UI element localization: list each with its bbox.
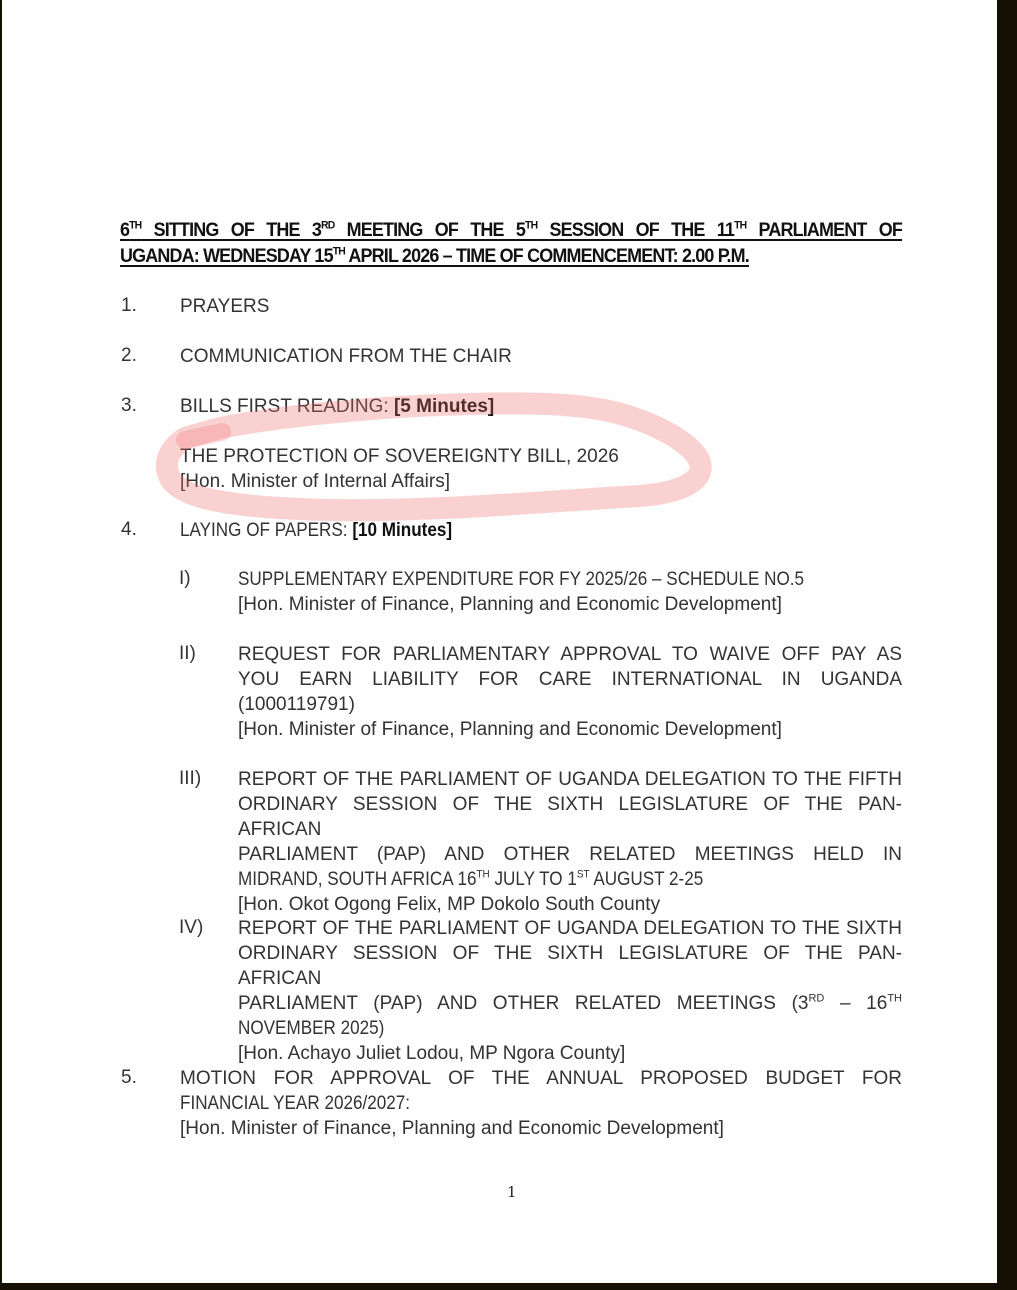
paper-text: REPORT OF THE PARLIAMENT OF UGANDA DELEG… <box>238 767 902 917</box>
paper-line: ORDINARY SESSION OF THE SIXTH LEGISLATUR… <box>238 792 902 842</box>
item-number: 1. <box>121 295 137 317</box>
paper-line: ORDINARY SESSION OF THE SIXTH LEGISLATUR… <box>238 941 902 991</box>
paper-sponsor: [Hon. Minister of Finance, Planning and … <box>238 717 902 742</box>
paper-line: MIDRAND, SOUTH AFRICA 16TH JULY TO 1ST A… <box>238 867 703 892</box>
heading-line-2: UGANDA: WEDNESDAY 15TH APRIL 2026 – TIME… <box>120 243 841 269</box>
paper-line: SUPPLEMENTARY EXPENDITURE FOR FY 2025/26… <box>238 567 804 592</box>
paper-line: NOVEMBER 2025) <box>238 1016 384 1041</box>
item-duration: [10 Minutes] <box>352 520 452 541</box>
item-number: 5. <box>121 1067 137 1089</box>
document-page: 6TH SITTING OF THE 3RD MEETING OF THE 5T… <box>2 0 997 1283</box>
sitting-heading: 6TH SITTING OF THE 3RD MEETING OF THE 5T… <box>120 217 841 269</box>
item-label: LAYING OF PAPERS: <box>180 520 348 541</box>
paper-sponsor: [Hon. Okot Ogong Felix, MP Dokolo South … <box>238 892 902 917</box>
paper-line: PARLIAMENT (PAP) AND OTHER RELATED MEETI… <box>238 991 902 1016</box>
bill-sponsor: [Hon. Minister of Internal Affairs] <box>180 469 619 494</box>
item-line: FINANCIAL YEAR 2026/2027: <box>180 1091 410 1116</box>
paper-text: REQUEST FOR PARLIAMENTARY APPROVAL TO WA… <box>238 642 902 742</box>
item-sponsor: [Hon. Minister of Finance, Planning and … <box>180 1116 902 1141</box>
item-number: 2. <box>121 345 137 367</box>
item-text: LAYING OF PAPERS: [10 Minutes] <box>180 518 482 543</box>
paper-text: REPORT OF THE PARLIAMENT OF UGANDA DELEG… <box>238 916 902 1066</box>
paper-line: REPORT OF THE PARLIAMENT OF UGANDA DELEG… <box>238 916 902 941</box>
item-line: MOTION FOR APPROVAL OF THE ANNUAL PROPOS… <box>180 1066 902 1091</box>
paper-sponsor: [Hon. Minister of Finance, Planning and … <box>238 592 902 617</box>
item-number: 4. <box>121 519 137 541</box>
bill-block: THE PROTECTION OF SOVEREIGNTY BILL, 2026… <box>180 444 619 494</box>
paper-number: II) <box>179 643 196 665</box>
item-text: MOTION FOR APPROVAL OF THE ANNUAL PROPOS… <box>180 1066 902 1141</box>
item-text: PRAYERS <box>180 294 269 319</box>
item-text: COMMUNICATION FROM THE CHAIR <box>180 344 512 369</box>
paper-sponsor: [Hon. Achayo Juliet Lodou, MP Ngora Coun… <box>238 1041 902 1066</box>
paper-number: IV) <box>179 917 203 939</box>
paper-line: REQUEST FOR PARLIAMENTARY APPROVAL TO WA… <box>238 642 902 667</box>
heading-line-1: 6TH SITTING OF THE 3RD MEETING OF THE 5T… <box>120 217 902 243</box>
paper-number: III) <box>179 768 201 790</box>
paper-line: (1000119791) <box>238 692 902 717</box>
paper-line: PARLIAMENT (PAP) AND OTHER RELATED MEETI… <box>238 842 902 867</box>
page-number: 1 <box>507 1183 517 1201</box>
bill-title: THE PROTECTION OF SOVEREIGNTY BILL, 2026 <box>180 444 619 469</box>
item-duration: [5 Minutes] <box>394 396 494 417</box>
paper-text: SUPPLEMENTARY EXPENDITURE FOR FY 2025/26… <box>238 567 902 617</box>
paper-number: I) <box>179 568 191 590</box>
paper-line: REPORT OF THE PARLIAMENT OF UGANDA DELEG… <box>238 767 902 792</box>
item-label: BILLS FIRST READING: <box>180 396 389 417</box>
item-text: BILLS FIRST READING: [5 Minutes] <box>180 394 494 419</box>
paper-line: YOU EARN LIABILITY FOR CARE INTERNATIONA… <box>238 667 902 692</box>
item-number: 3. <box>121 395 137 417</box>
